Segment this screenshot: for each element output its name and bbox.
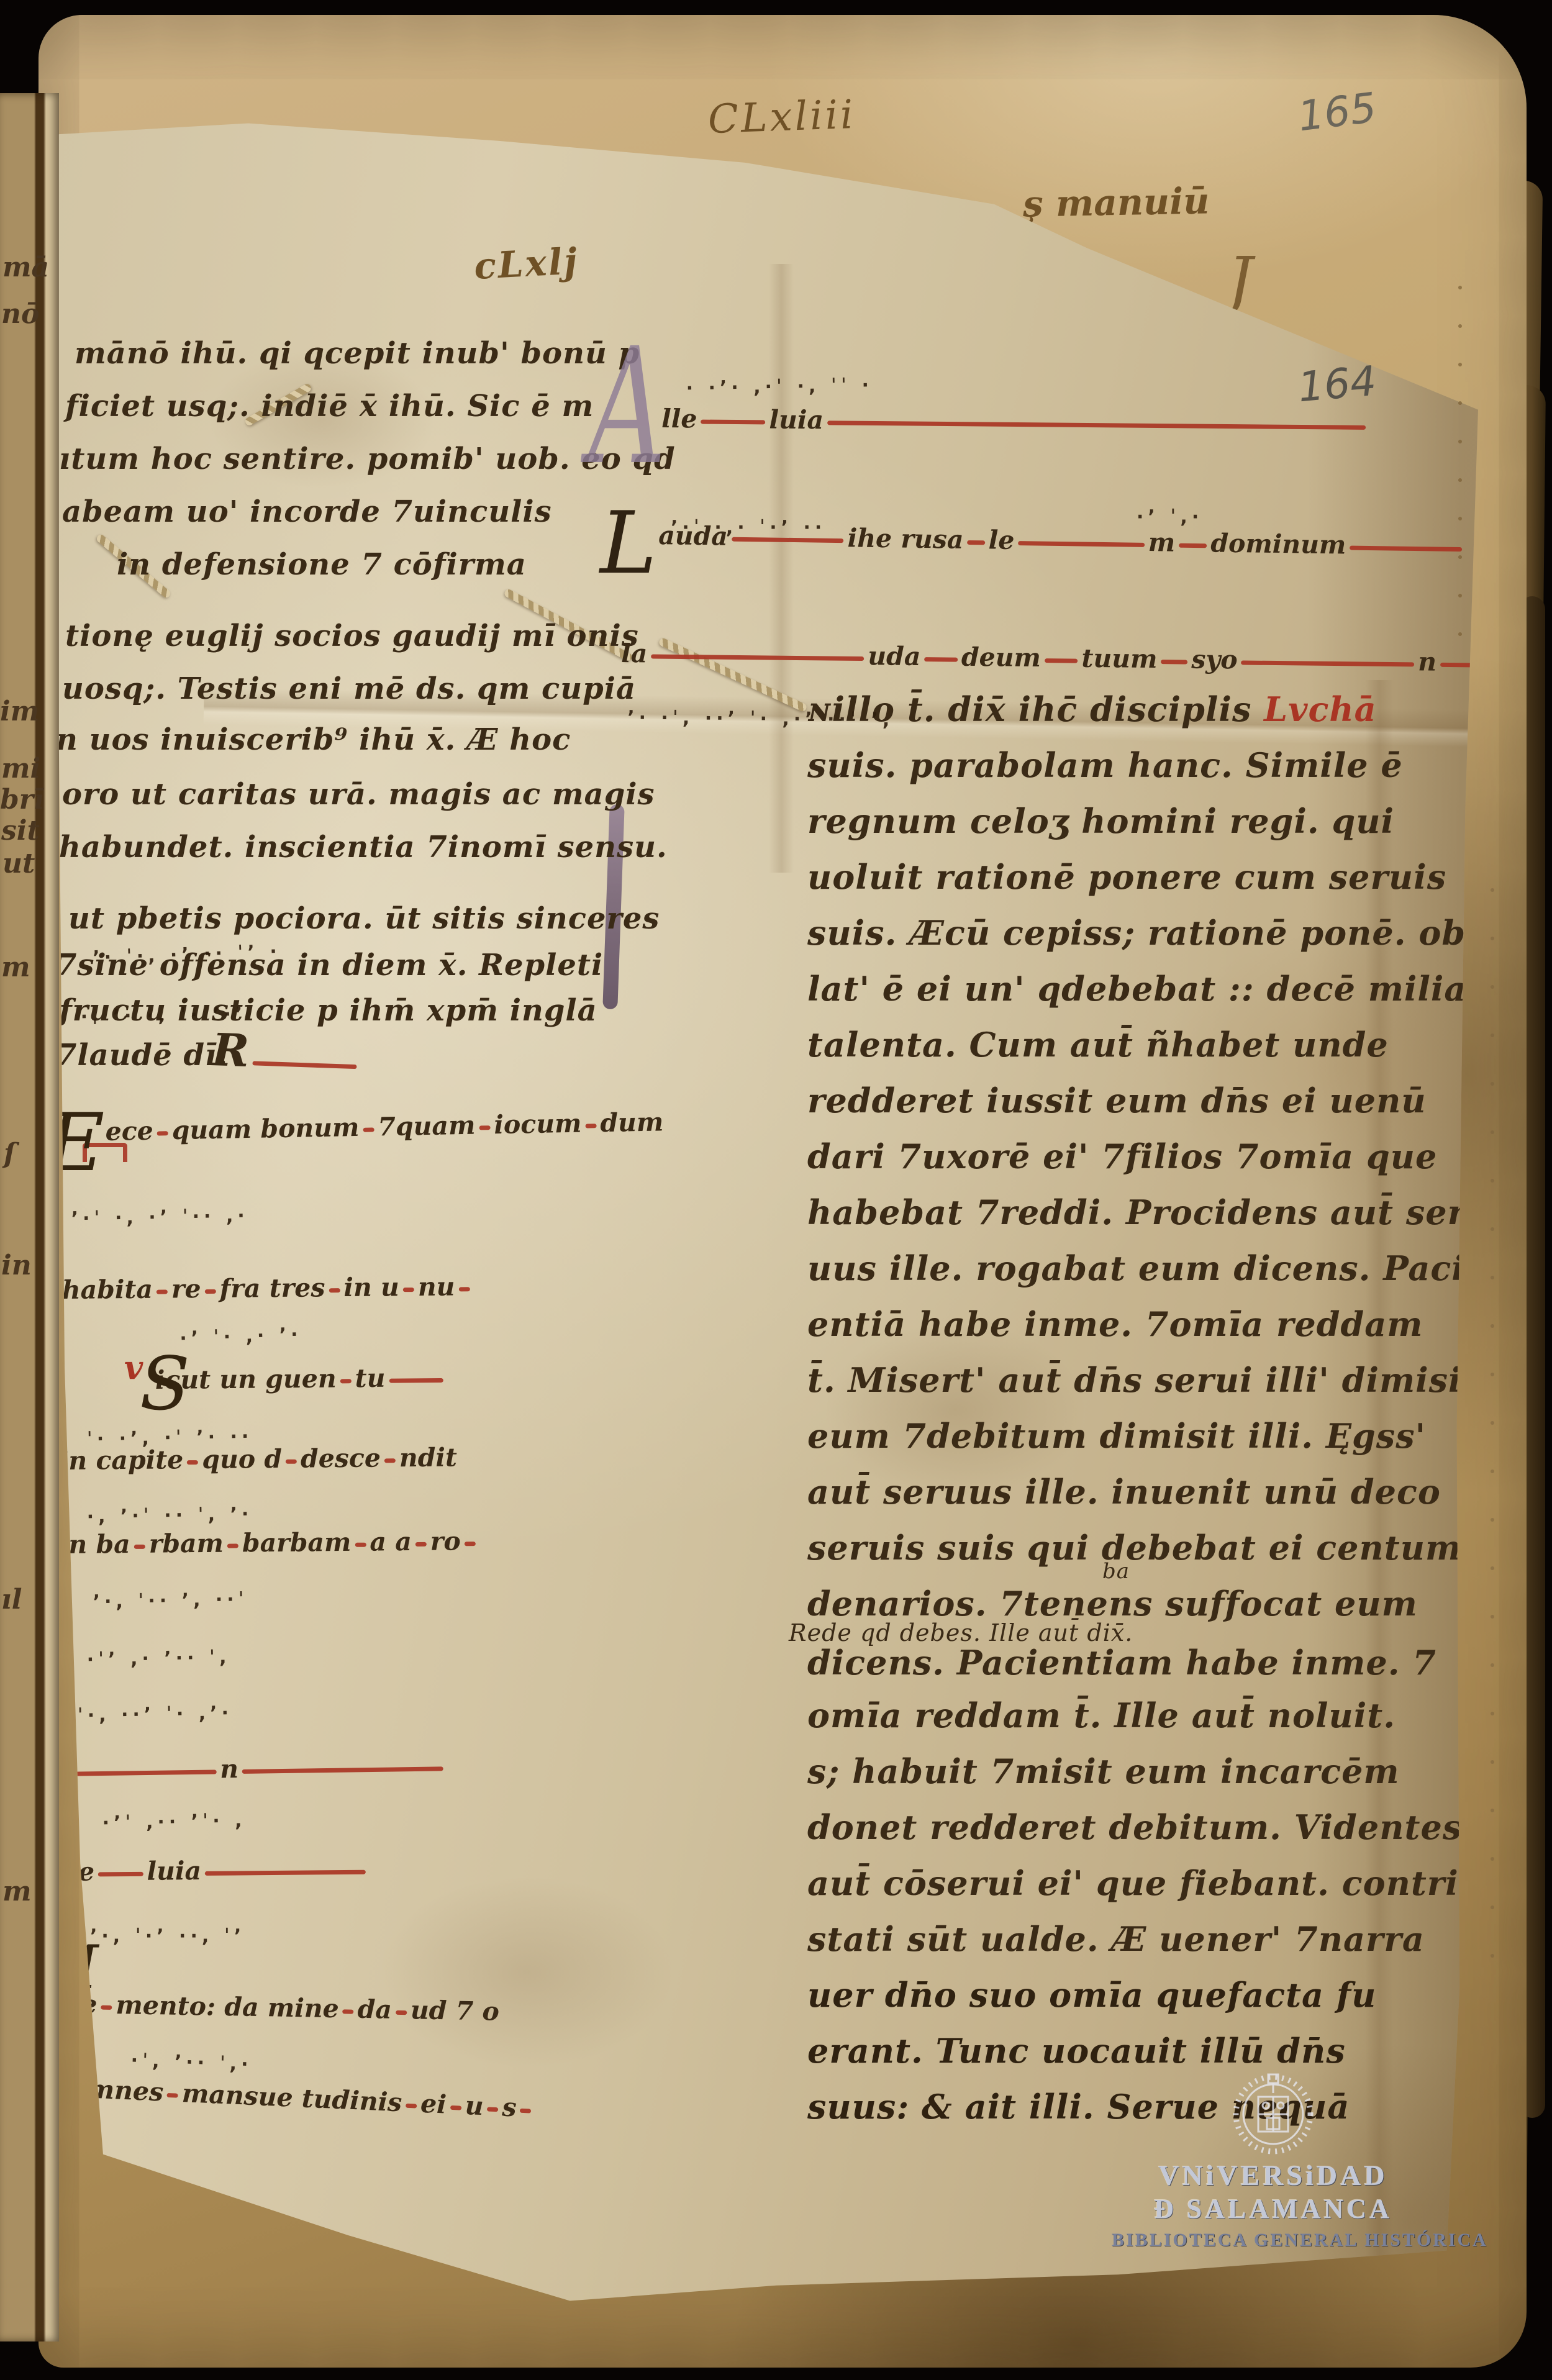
music-line-left: lleluia [59, 1857, 370, 1885]
prick-hole [1491, 1712, 1494, 1715]
margin-text-fragment: ut [2, 848, 35, 879]
lyric-word: iocum [494, 1111, 582, 1138]
initial-letter: A [589, 335, 666, 479]
lyric-word: lle [661, 406, 697, 432]
text-line-right: entiā habe inme. 7omīa reddam [807, 1307, 1423, 1341]
lyric-word: nu [418, 1274, 455, 1300]
lyric-word: n [220, 1756, 238, 1782]
text-line-right: suus: & ait illi. Serue nequā [807, 2090, 1350, 2123]
red-staff-line [459, 1287, 470, 1291]
neume-row: ʼ·ˈ ·, ·ʼ ˈ·· ,· [71, 1201, 456, 1230]
prick-hole [1458, 555, 1462, 559]
lyric-word: ud 7 o [411, 1997, 500, 2024]
prick-hole [1491, 1373, 1494, 1376]
prick-hole [1491, 888, 1494, 892]
prick-hole [1491, 1615, 1494, 1619]
prick-hole [1458, 324, 1462, 328]
lyric-word: tuum [1081, 646, 1157, 672]
neume-row: · ·ʼ· ,·ˈ ·, ˈˈ · [686, 371, 1071, 399]
red-staff-line [967, 540, 984, 545]
prick-hole [1458, 401, 1462, 405]
text-line-left: ıtum hoc sentire. pomib' uob. eo qd [59, 444, 676, 474]
red-staff-line [520, 2109, 531, 2114]
neume-row: ·ʼ ˈ· ,· ʼ· [179, 1319, 447, 1350]
text-line-right: omīa reddam t̄. Ille aut̄ noluit. [807, 1699, 1395, 1732]
red-verse-mark: v [124, 1352, 143, 1384]
lyric-word: luia [769, 407, 824, 434]
neume-row: ·ˈ, ʼ·· ˈ,· [130, 2050, 404, 2081]
text-line-right: aut̄ seruus ille. inuenit unū deco [807, 1475, 1441, 1509]
red-staff-line [651, 655, 864, 661]
neume-row: ˈ·, ··ʼ ˈ· ,ʼ· [77, 1698, 463, 1727]
lyric-word: desce [301, 1445, 381, 1471]
red-staff-line [157, 1290, 168, 1294]
lyric-word: uda [868, 643, 920, 670]
red-staff-line [343, 2009, 354, 2014]
text-line-right: donet redderet debitum. Videntes [807, 1810, 1462, 1844]
initial-letter: L [600, 505, 657, 582]
lyric-word: in u [343, 1274, 399, 1301]
lyric-word: m [1148, 530, 1176, 556]
margin-text-fragment: mā [2, 252, 49, 283]
prick-hole [1491, 1663, 1494, 1667]
text-line-left: ficiet usq;. indiē x̄ ihū. Sic ē m [65, 391, 594, 421]
red-staff-line [227, 1543, 238, 1548]
lyric-word: 7quam [378, 1113, 476, 1140]
red-staff-line [487, 2107, 498, 2112]
lyric-word: mento: da mine [116, 1992, 339, 2022]
red-staff-line [396, 2010, 407, 2015]
lyric-word: fra tres [219, 1275, 325, 1301]
lyric-word: ro [430, 1528, 461, 1554]
prick-hole [1491, 1082, 1494, 1086]
prick-hole [1458, 594, 1462, 597]
lyric-word: luia [147, 1858, 201, 1884]
quire-header: CLxliii [707, 92, 856, 143]
red-staff-line [384, 1458, 396, 1463]
neume-row: ·ʼ ˈ,· [1137, 506, 1298, 528]
neume-row: ʼ·ˈ ·,· ˈ·ʼ ·· [671, 517, 1006, 538]
text-line-right: regnum celoʒ homini regi. qui [807, 804, 1394, 838]
music-line-left: habitarefra tresin unu [62, 1274, 447, 1303]
under-page-descender: J [1228, 243, 1253, 316]
text-line-right: redderet iussit eum dn̄s ei uenū [807, 1084, 1427, 1117]
manuscript-photo: CLxliii ş manuiū J 165 mānōimmibrīsitutm… [0, 0, 1552, 2380]
prick-hole [1491, 937, 1494, 940]
prick-hole [1491, 1518, 1494, 1522]
text-line-left: ut pbetis pociora. ūt sitis sinceres [68, 904, 660, 933]
lyric-word: n [1418, 649, 1436, 674]
margin-text-fragment: mi [1, 753, 40, 784]
initial-letter: S [140, 1351, 190, 1417]
red-staff-line [389, 1378, 443, 1383]
text-line-right: Rede qd debes. Ille aut̄ dix̄. [789, 1621, 1133, 1645]
red-staff-line [355, 1543, 366, 1547]
prick-hole [1458, 363, 1462, 366]
text-line-right: dicens. Pacientiam habe inme. 7 [807, 1646, 1436, 1679]
neume-row: ·, ʼ·ˈ ·· ˈ, ʼ· [86, 1500, 460, 1528]
text-line-right: seruis suis qui debebat ei centum [807, 1531, 1461, 1565]
margin-text-fragment: in [1, 1250, 32, 1281]
text-line-left: in defensione 7 cōfirma [117, 550, 527, 579]
text-line-right: s; habuit 7misit eum incarcēm [807, 1755, 1400, 1788]
red-staff-line [1018, 541, 1144, 547]
text-line-right: stati sūt ualde. Æ uener' 7narra [807, 1922, 1425, 1956]
red-staff-line [450, 2105, 461, 2110]
lyric-word: da [357, 1997, 392, 2023]
text-line-right: denarios. 7tenens suffocat eum [807, 1587, 1418, 1620]
red-staff-line [205, 1289, 216, 1294]
text-line-right: eum 7debitum dimisit illi. Ęgss' [807, 1419, 1426, 1453]
prick-hole [1491, 1324, 1494, 1328]
red-staff-line [242, 1766, 443, 1774]
red-staff-line [585, 1124, 596, 1128]
prick-hole [1491, 1227, 1494, 1231]
text-line-left: uosq;. Testis eni mē ds. qm cupiā [62, 674, 636, 704]
text-line-right: uer dn̄o suo omīa quefacta fu [807, 1978, 1376, 2012]
margin-text-fragment: ſ [4, 1138, 16, 1170]
red-staff-line [252, 1061, 356, 1069]
music-line-left: R [211, 1027, 361, 1077]
music-line-left: ecequam bonum7quamiocumdum [105, 1113, 453, 1145]
red-staff-line [1350, 546, 1462, 552]
text-line-right: lat' ē ei un' qdebebat :: decē milia [807, 972, 1466, 1006]
lyric-word: deum [961, 645, 1041, 671]
red-staff-line [157, 1131, 168, 1135]
lyric-word: ndit [399, 1445, 457, 1471]
red-staff-line [406, 2104, 417, 2109]
front-leaf-fol164: cLxlj 164 mānō ihū. qi qcepit inub' bonū… [55, 121, 1478, 2307]
lyric-word: barbam [242, 1530, 352, 1556]
red-staff-line [1179, 543, 1207, 548]
margin-text-fragment: m [2, 1876, 32, 1907]
margin-text-fragment: nō [1, 298, 39, 330]
neume-row: ʼ·, ˈ·ʼ ··, ˈʼ [90, 1925, 463, 1947]
lyric-word: tu [355, 1366, 385, 1391]
neume-row: ·ʼˈ ,·· ʼˈ· , [102, 1807, 438, 1834]
music-line-left: n [58, 1753, 447, 1784]
prick-hole [1491, 1954, 1494, 1958]
text-line-right: habebat 7reddi. Procidens aut̄ ser [807, 1196, 1466, 1229]
text-line-right: dari 7uxorē ei' 7filios 7omīa que [807, 1140, 1437, 1173]
prick-hole [1458, 517, 1462, 520]
red-staff-line [63, 1769, 217, 1776]
lyric-word: habita [62, 1277, 153, 1303]
under-page-text: ş manuiū [1022, 179, 1209, 225]
margin-text-fragment: brī [0, 784, 44, 815]
music-line-right: lleluia [661, 406, 1369, 438]
prick-hole [1491, 1905, 1494, 1909]
text-line-left: n uos inuiscerib⁹ ihū x̄. Æ hoc [56, 725, 571, 755]
prick-hole [1458, 440, 1462, 443]
red-staff-line [329, 1288, 340, 1292]
prick-hole [1491, 1421, 1494, 1425]
red-staff-line [98, 1872, 143, 1877]
red-staff-line [1241, 660, 1415, 666]
red-staff-line [205, 1870, 366, 1876]
lyric-word: dum [600, 1109, 664, 1136]
text-line-right: uoluit rationē ponere cum seruis [807, 860, 1446, 894]
red-staff-line [134, 1545, 145, 1549]
lyric-word: ece [105, 1119, 153, 1145]
margin-text-fragment: ıl [1, 1584, 22, 1615]
text-line-right: aut̄ cōserui ei' que fiebant. contri [807, 1866, 1459, 1900]
lyric-word: ei [420, 2091, 447, 2118]
lyric-word: a a [370, 1529, 412, 1555]
music-line-right: laudadeumtuumsyon [621, 641, 1491, 676]
prick-hole [1491, 1809, 1494, 1812]
neume-row: ʼ·, ˈ·· ʼ, ··ˈ [93, 1585, 466, 1613]
margin-text-fragment: m [1, 952, 30, 983]
red-staff-line [187, 1460, 198, 1465]
text-line-right: suis. Æcū cepiss; rationē ponē. ob [807, 916, 1466, 950]
text-line-right: suis. parabolam hanc. Simile ē [807, 748, 1403, 782]
red-staff-line [465, 1542, 476, 1546]
prick-hole [1458, 286, 1462, 289]
lyric-word: syo [1191, 647, 1238, 673]
text-line-left: mānō ihū. qi qcepit inub' bonū p [75, 338, 640, 368]
prick-hole [1491, 985, 1494, 989]
prick-hole [1491, 1566, 1494, 1570]
lyric-word: dominum [1210, 530, 1346, 558]
text-line-left: oro ut caritas urā. magis ac magis [62, 779, 655, 809]
prick-hole [1491, 1033, 1494, 1037]
lyric-word: la [621, 641, 648, 666]
lyric-word: R [211, 1027, 250, 1073]
red-staff-line [924, 657, 958, 662]
text-line-right: talenta. Cum aut̄ ñhabet unde [807, 1028, 1389, 1061]
margin-text-fragment: sit [1, 815, 40, 847]
text-line-left: habundet. inscientia 7inomī sensu. [59, 832, 668, 862]
quire-header-front: cLxlj [473, 243, 580, 284]
red-staff-line [1161, 660, 1187, 664]
prick-hole [1491, 1469, 1494, 1473]
lyric-word: s [502, 2094, 517, 2120]
prick-hole [1491, 1276, 1494, 1279]
red-staff-line [340, 1379, 352, 1383]
parchment-crease [769, 264, 794, 873]
red-staff-line [167, 2093, 178, 2098]
music-line-left: in barbambarbama aro [59, 1529, 447, 1558]
red-staff-line [363, 1127, 374, 1132]
prick-hole [1491, 1130, 1494, 1134]
lyric-word: u [465, 2093, 484, 2119]
music-line-left: icut un guentu [155, 1365, 447, 1393]
prick-hole [1491, 1760, 1494, 1764]
red-staff-line [286, 1460, 297, 1464]
prick-hole [1491, 1179, 1494, 1183]
lyric-word: rbam [149, 1531, 224, 1557]
red-staff-line [827, 420, 1366, 430]
lyric-word: re [171, 1276, 201, 1302]
lyric-word: mansue tudinis [181, 2081, 402, 2115]
neume-row: ·ˈʼ ,· ʼ·· ˈ, [86, 1643, 460, 1671]
lyric-word: quo d [202, 1447, 282, 1473]
lyric-word: quam bonum [171, 1115, 359, 1143]
text-line-right: ba [1102, 1561, 1130, 1582]
text-line-right: uus ille. rogabat eum dicens. Paci [807, 1251, 1465, 1285]
book-spine-facing-page: mānōimmibrīsitutmſinılm [0, 93, 59, 2341]
text-line-left: abeam uo' incorde 7uinculis [62, 497, 552, 527]
prick-hole [1458, 632, 1462, 636]
text-line-right: erant. Tunc uocauit illū dn̄s [807, 2034, 1346, 2068]
music-line-left: emento: da minedaud 7 o [81, 1992, 454, 2023]
red-staff-line [479, 1125, 490, 1130]
red-staff-line [701, 420, 765, 425]
margin-text-fragment: im [0, 696, 39, 727]
music-line-left: mnesmansue tudiniseius [68, 2076, 454, 2118]
red-staff-line [415, 1542, 427, 1547]
red-staff-line [1045, 658, 1078, 663]
text-line-left: 7laudē dī. [56, 1040, 228, 1070]
folio-number-165: 165 [1296, 84, 1379, 141]
red-staff-line [403, 1288, 414, 1292]
lyric-word: in capite [59, 1447, 184, 1474]
text-line-left: tionę euglij socios gaudij mī onis [65, 621, 639, 651]
red-staff-line [101, 2005, 112, 2010]
text-line-right: t̄. Misert' aut̄ dn̄s serui illi' dimisi… [807, 1363, 1477, 1397]
prick-hole [1458, 478, 1462, 482]
prick-hole [1491, 1857, 1494, 1861]
folio-number-164: 164 [1296, 357, 1378, 412]
